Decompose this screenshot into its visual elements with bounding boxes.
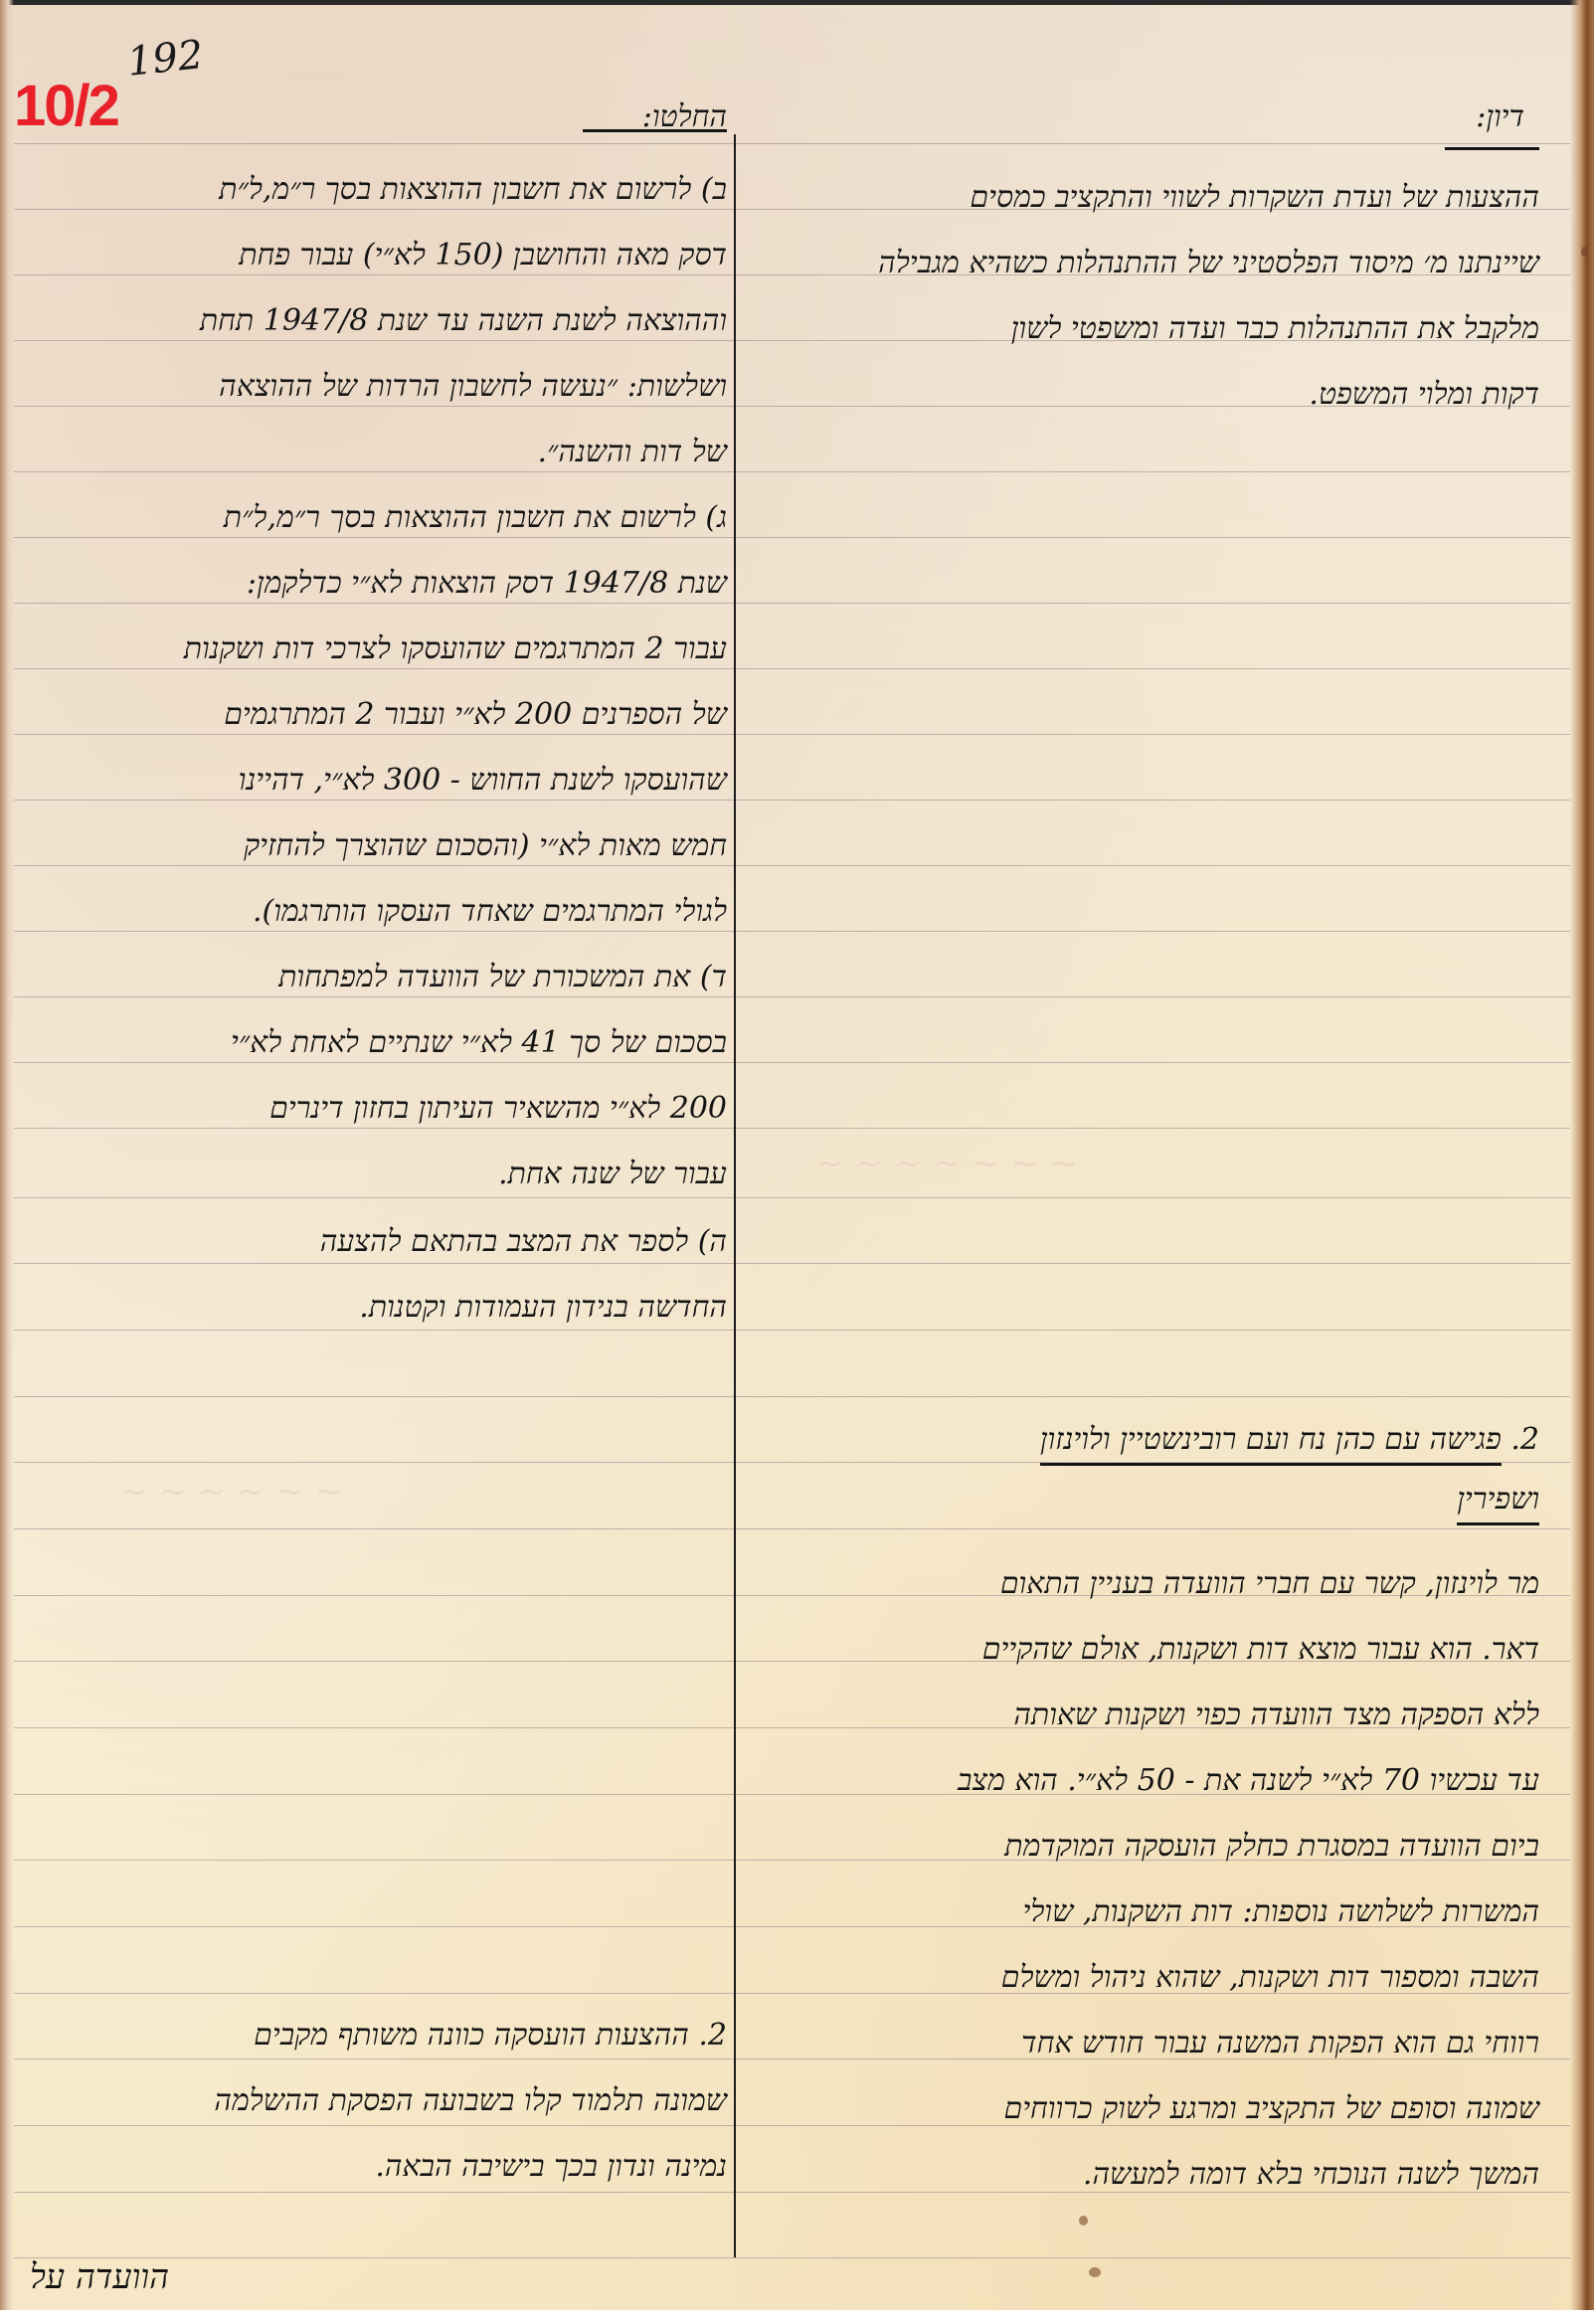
- notebook-page: ~ ~ ~ ~ ~ ~ ~ ~ ~ ~ ~ ~ ~ 10/2 192 החלטו…: [0, 0, 1594, 2310]
- handwritten-line: של הספרנים 200 לא״י ועבור 2 המתרגמים: [41, 682, 727, 748]
- section-number: 2.: [1510, 1422, 1539, 1457]
- archive-stamp-label: 10/2: [14, 78, 118, 135]
- handwritten-line: ללא הספקה מצד הוועדה כפוי ושקנות שאותה: [744, 1683, 1539, 1748]
- resolution-item-c: ג) לרשום את חשבון ההוצאות בסך ר״מ,ל״ת שנ…: [41, 485, 727, 945]
- handwritten-line: ג) לרשום את חשבון ההוצאות בסך ר״מ,ל״ת: [41, 485, 727, 551]
- scan-top-border: [0, 0, 1594, 5]
- handwritten-line: מר לוינזון, קשר עם חברי הוועדה בעניין הת…: [744, 1551, 1539, 1617]
- handwritten-line: עד עכשיו 70 לא״י לשנה את - 50 לא״י. הוא …: [744, 1748, 1539, 1814]
- handwritten-line: ד) את המשכורת של הוועדה למפתחות: [41, 945, 727, 1010]
- resolution-item-e: ה) לספר את המצב בהתאם להצעה החדשה בנידון…: [41, 1209, 727, 1341]
- resolution-item-b: ב) לרשום את חשבון ההוצאות בסך ר״מ,ל״ת דס…: [41, 157, 727, 485]
- ruled-line: [14, 143, 1570, 144]
- discussion-heading: דיון:: [1476, 99, 1524, 134]
- handwritten-line: 200 לא״י מהשאיר העיתון בחזון דינרים: [41, 1076, 727, 1142]
- handwritten-line: לגולי המתרגמים שאחד העסקו הותרגמו).: [41, 879, 727, 945]
- handwritten-line: רווחי גם הוא הפקות המשנה עבור חודש אחד: [744, 2011, 1539, 2076]
- handwritten-line: שיינתנו מ׳ מיסוד הפלסטיני של ההתנהלות כש…: [744, 231, 1539, 296]
- bleed-through-text: ~ ~ ~ ~ ~ ~ ~: [815, 1144, 1078, 1183]
- handwritten-line: חמש מאות לא״י (והסכום שהוצרך להחזיק: [41, 813, 727, 879]
- handwritten-line: ב) לרשום את חשבון ההוצאות בסך ר״מ,ל״ת: [41, 157, 727, 223]
- resolution-section-2: 2. ההצעות הועסקה כוונה משותף מקבים שמונה…: [41, 2003, 727, 2200]
- handwritten-line: שמונה תלמוד קלו בשבועה הפסקת ההשלמה: [41, 2068, 727, 2134]
- handwritten-line: וההוצאה לשנת השנה עד שנת 1947/8 תחת: [41, 288, 727, 354]
- ink-stain: [1079, 2216, 1088, 2226]
- bleed-through-text: ~ ~ ~ ~ ~ ~: [119, 1472, 343, 1512]
- ruled-line: [14, 2257, 1570, 2258]
- handwritten-line: שנת 1947/8 דסק הוצאות לא״י כדלקמן:: [41, 551, 727, 617]
- handwritten-line: בסכום של סך 41 לא״י שנתיים לאחת לא״י: [41, 1010, 727, 1076]
- discussion-intro: ההצעות של ועדת השקרות לשווי והתקציב כמסי…: [744, 165, 1539, 428]
- handwritten-line: המשך לשנה הנוכחי בלא דומה למעשה.: [744, 2142, 1539, 2208]
- handwritten-signature: הוועדה על: [30, 2257, 169, 2297]
- handwritten-line: השבה ומספור דות ושקנות, שהוא ניהול ומשלם: [744, 1945, 1539, 2011]
- handwritten-line: מלקבל את ההתנהלות כבר ועדה ומשפטי לשון: [744, 296, 1539, 362]
- ink-stain: [1089, 2267, 1101, 2277]
- page-left-edge: [0, 0, 14, 2310]
- handwritten-line: החדשה בנידון העמודות וקטנות.: [41, 1275, 727, 1341]
- section-title: פגישה עם כהן נח ועם רובינשטיין ולוינזון: [1040, 1422, 1502, 1466]
- handwritten-line: דאר. הוא עבור מוצא דות ושקנות, אולם שהקי…: [744, 1617, 1539, 1683]
- handwritten-line: נמינה ונדון בכך בישיבה הבאה.: [41, 2134, 727, 2200]
- scan-bottom-margin: [0, 2310, 1594, 2324]
- page-right-edge-binding: [1570, 0, 1594, 2310]
- resolution-item-d: ד) את המשכורת של הוועדה למפתחות בסכום של…: [41, 945, 727, 1207]
- handwritten-line: עבור של שנה אחת.: [41, 1142, 727, 1207]
- handwritten-line: ביום הוועדה במסגרת כחלק הועסקה המוקדמת: [744, 1814, 1539, 1879]
- handwritten-line: שמונה וסופם של התקציב ומרגע לשוק כרווחים: [744, 2076, 1539, 2142]
- handwritten-line: עבור 2 המתרגמים שהועסקו לצרכי דות ושקנות: [41, 617, 727, 682]
- heading-underline: [583, 129, 727, 132]
- handwritten-line: המשרות לשלושה נוספות: דות השקנות, שולי: [744, 1879, 1539, 1945]
- handwritten-line: ההצעות של ועדת השקרות לשווי והתקציב כמסי…: [744, 165, 1539, 231]
- handwritten-line: 2. ההצעות הועסקה כוונה משותף מקבים: [41, 2003, 727, 2068]
- discussion-section-2-title: 2. פגישה עם כהן נח ועם רובינשטיין ולוינז…: [754, 1422, 1539, 1457]
- discussion-section-2-body: מר לוינזון, קשר עם חברי הוועדה בעניין הת…: [744, 1551, 1539, 2208]
- section-title-continued: ושפירין: [1457, 1482, 1539, 1525]
- handwritten-line: ושלשות: ״נעשה לחשבון הרדות של ההוצאה: [41, 354, 727, 420]
- ruled-line: [14, 1396, 1570, 1397]
- handwritten-line: דסק מאה והחושבן (150 לא״י) עבור פחת: [41, 223, 727, 288]
- heading-underline: [1445, 147, 1539, 150]
- ruled-line: [14, 1528, 1570, 1529]
- ink-stain: [1581, 247, 1588, 257]
- handwritten-line: דקות ומלוי המשפט.: [744, 362, 1539, 428]
- handwritten-line: ה) לספר את המצב בהתאם להצעה: [41, 1209, 727, 1275]
- handwritten-line: שהועסקו לשנת החווש - 300 לא״י, דהיינו: [41, 748, 727, 813]
- column-divider: [734, 134, 736, 2257]
- handwritten-line: של דות והשנה״.: [41, 420, 727, 485]
- handwritten-page-number: 192: [125, 32, 206, 86]
